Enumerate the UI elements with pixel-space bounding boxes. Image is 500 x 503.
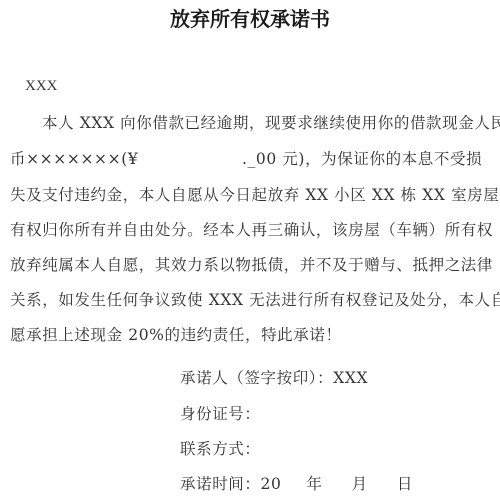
year-label: 年 (307, 475, 323, 493)
body-line-3: 失及支付违约金，本人自愿从今日起放弃 XX 小区 XX 栋 XX 室房屋所 (10, 183, 490, 205)
month-label: 月 (352, 475, 368, 493)
body-line-5: 放弃纯属本人自愿，其效力系以物抵债，并不及于赠与、抵押之法律 (10, 253, 490, 275)
id-number-label: 身份证号： (180, 402, 261, 424)
body-line-4: 有权归你所有并自由处分。经本人再三确认，该房屋（车辆）所有权 (10, 218, 490, 240)
contact-label: 联系方式： (180, 437, 261, 459)
body-line-2-tail: ._00 元)，为保证你的本息不受损 (242, 147, 492, 169)
date-label: 承诺时间：20 (180, 475, 281, 493)
body-line-7: 愿承担上述现金 20%的违约责任，特此承诺！ (10, 323, 490, 345)
document-title: 放弃所有权承诺书 (0, 3, 500, 32)
body-line-1: 本人 XXX 向你借款已经逾期，现要求继续使用你的借款现金人民 (42, 111, 500, 133)
amount-text: 币×××××××(¥ (10, 150, 138, 168)
body-line-6: 关系，如发生任何争议致使 XXX 无法进行所有权登记及处分，本人自 (10, 288, 490, 310)
promisor-signature: 承诺人（签字按印）：XXX (180, 366, 368, 388)
salutation: XXX (25, 78, 58, 95)
day-label: 日 (397, 475, 413, 493)
date-line: 承诺时间：20 年 月 日 (180, 472, 413, 494)
